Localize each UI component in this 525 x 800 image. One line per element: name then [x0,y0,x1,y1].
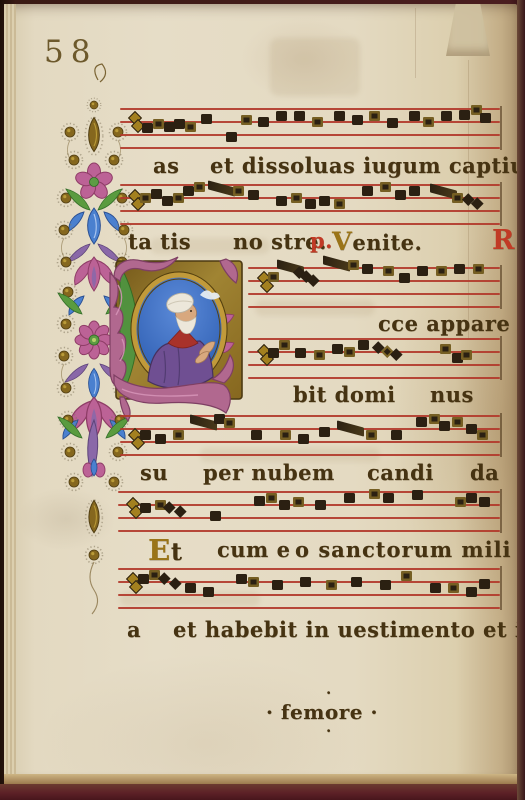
neume-punctum [236,574,247,584]
neume-punctum [466,493,477,503]
neume-punctum [334,111,345,121]
rubric-psalm: p. [310,228,333,253]
neume-punctum [314,350,325,360]
neume-punctum [214,414,225,424]
staff-line [118,504,500,506]
neume-punctum [344,493,355,503]
staff-line [118,530,500,532]
parchment-crease [415,8,416,78]
neume-punctum [452,193,463,203]
staff-line [118,568,500,570]
neume-punctum [203,587,214,597]
lyric-femore: · femore · [266,700,378,724]
neume-punctum [142,123,153,133]
neume-punctum [380,580,391,590]
neume-punctum [162,196,173,206]
binding-bottom [0,784,525,800]
lyric: o sanctorum mili [295,537,512,562]
neume-punctum [295,348,306,358]
neume-oblique [337,420,364,436]
neume-punctum [140,503,151,513]
neume-punctum [140,193,151,203]
stain [270,38,360,96]
neume-punctum [233,186,244,196]
staff-line [120,134,500,136]
neume-punctum [358,340,369,350]
neume-punctum [416,417,427,427]
neume-punctum [305,199,316,209]
neume-punctum [173,430,184,440]
page-stack-edge [4,4,16,783]
neume-punctum [153,119,164,129]
neume-punctum [173,193,184,203]
stave-end-mark [500,566,502,610]
lyric-rest: enite. [352,230,422,255]
lyric: et habebit in uestimento et in [173,617,525,642]
neume-punctum [279,500,290,510]
neume-punctum [210,511,221,521]
lyric: su [140,460,168,485]
stave [120,415,500,456]
stave [118,568,500,609]
staff-line [248,364,500,366]
staff-line [118,491,500,493]
lyric: per nubem [203,460,335,485]
neume-punctum [254,496,265,506]
lyric-venite: Venite. [332,227,422,257]
neume-punctum [319,427,330,437]
neume-punctum [448,583,459,593]
neume-punctum [477,430,488,440]
neume-punctum [185,122,196,132]
neume-punctum [479,579,490,589]
neume-punctum [383,266,394,276]
lyric: as [153,153,179,178]
neume-punctum [430,583,441,593]
lyric: et dissoluas iugum captiui [210,153,525,178]
punct-dot: · [326,722,332,740]
lyric-rest: t [171,537,183,566]
staff-line [118,607,500,609]
staff-line [120,108,500,110]
staff-line [120,415,500,417]
staff-line [120,147,500,149]
stave-end-mark [500,489,502,533]
neume-punctum [258,117,269,127]
neume-punctum [366,430,377,440]
lyric: bit domi [293,382,396,407]
staff-line [120,184,500,186]
staff-line [120,454,500,456]
stave [248,338,500,379]
punct-dot: · [326,684,332,702]
stave [248,267,500,308]
lyric-et: Et [148,533,182,567]
neume-punctum [387,118,398,128]
neume-punctum [380,182,391,192]
neume-punctum [423,117,434,127]
neume-punctum [268,348,279,358]
neume-punctum [272,580,283,590]
neume-punctum [226,132,237,142]
neume-punctum [319,196,330,206]
neume-punctum [344,347,355,357]
lyric: candi [367,460,434,485]
neume-punctum [452,417,463,427]
neume-punctum [441,111,452,121]
stave-end-mark [500,182,502,226]
neume-punctum [279,340,290,350]
neume-punctum [151,189,162,199]
neume-punctum [399,273,410,283]
neume-punctum [454,264,465,274]
neume-punctum [298,434,309,444]
staff-line [120,210,500,212]
neume-punctum [409,186,420,196]
neume-punctum [248,190,259,200]
neume-punctum [251,430,262,440]
neume-punctum [352,115,363,125]
neume-punctum [248,577,259,587]
neume-punctum [383,493,394,503]
neume-punctum [417,266,428,276]
neume-punctum [294,111,305,121]
stave-end-mark [500,413,502,457]
lyric: cum e [217,537,290,562]
neume-punctum [412,490,423,500]
neume-punctum [369,111,380,121]
neume-punctum [266,493,277,503]
lyric: cce appare [378,311,510,336]
gold-capital: E [148,533,171,567]
neume-punctum [332,344,343,354]
neume-punctum [241,115,252,125]
stave-end-mark [500,265,502,309]
neume-punctum [268,272,279,282]
staff-line [120,223,500,225]
neume-punctum [174,119,185,129]
neume-punctum [461,350,472,360]
manuscript-photo: 58 [0,0,525,800]
binding-right [517,0,525,800]
neume-punctum [391,430,402,440]
neume-punctum [480,113,491,123]
neume-punctum [401,571,412,581]
neume-punctum [185,583,196,593]
neume-punctum [395,190,406,200]
page-bottom-edge [4,774,517,784]
neume-punctum [276,196,287,206]
stave [118,491,500,532]
staff-line [120,441,500,443]
neume-punctum [312,117,323,127]
neume-punctum [201,114,212,124]
neume-punctum [429,414,440,424]
neume-punctum [183,186,194,196]
neume-punctum [369,489,380,499]
neume-punctum [334,199,345,209]
neume-punctum [276,111,287,121]
neume-punctum [362,264,373,274]
neume-punctum [466,587,477,597]
neume-punctum [291,193,302,203]
neume-punctum [140,430,151,440]
neume-punctum [138,574,149,584]
neume-punctum [439,421,450,431]
gold-capital: V [332,227,352,257]
staff-line [118,594,500,596]
neume-punctum [479,497,490,507]
neume-punctum [300,577,311,587]
staff-line [248,293,500,295]
neume-punctum [348,260,359,270]
staff-line [248,306,500,308]
neume-punctum [315,500,326,510]
stave-end-mark [500,336,502,380]
neume-punctum [409,111,420,121]
lyric: a [127,617,141,642]
staff-line [118,517,500,519]
staff-line [248,280,500,282]
lyric: ta tis [128,229,191,254]
neume-punctum [436,266,447,276]
neume-punctum [473,264,484,274]
neume-diamond [174,506,186,518]
neume-punctum [164,122,175,132]
lyric: da [470,460,499,485]
neume-punctum [194,182,205,192]
neume-punctum [351,577,362,587]
neume-punctum [155,434,166,444]
neume-punctum [455,497,466,507]
illuminated-initial-e [108,255,250,423]
neume-punctum [326,580,337,590]
stave [120,184,500,225]
neume-punctum [280,430,291,440]
lyric: nus [430,382,474,407]
neume-punctum [466,424,477,434]
neume-punctum [459,110,470,120]
stave [120,108,500,149]
neume-punctum [440,344,451,354]
neume-punctum [362,186,373,196]
staff-line [248,377,500,379]
neume-diamond [169,577,181,589]
neume-punctum [224,418,235,428]
neume-punctum [293,497,304,507]
stave-end-mark [500,106,502,150]
